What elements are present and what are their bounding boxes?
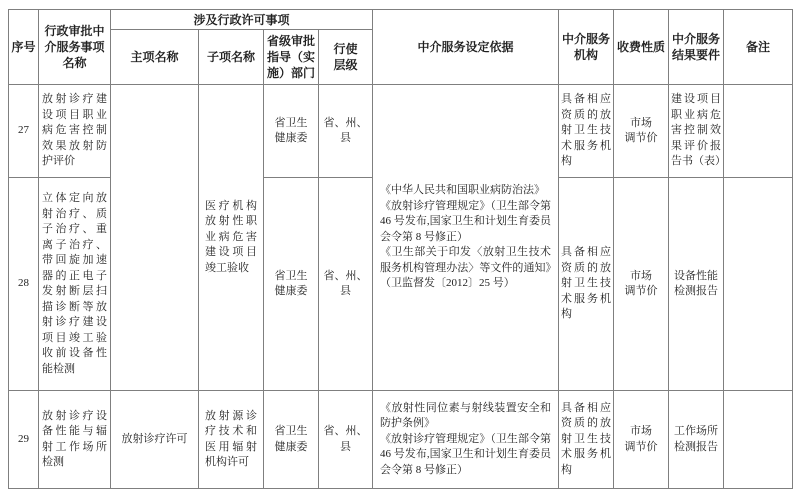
row28-service-agency: 具备相应资质的放射卫生技术服务机构 (559, 178, 614, 391)
row29-service-item-name: 放射诊疗设备性能与辐射工作场所检测 (39, 391, 111, 489)
row27-result-requirements: 建设项目职业病危害控制效果评价报告书（表） (669, 85, 724, 178)
column-header-exercise-level: 行使 层级 (319, 30, 373, 85)
row29-exercise-level: 省、州、 县 (319, 391, 373, 489)
row27-service-item-name: 放射诊疗建设项目职业病危害控制效果放射防护评价 (39, 85, 111, 178)
approval-intermediary-services-table: 序号 行政审批中介服务事项名称 涉及行政许可事项 中介服务设定依据 中介服务 机… (8, 9, 793, 489)
rows27-28-main-item (111, 85, 199, 391)
column-header-remarks: 备注 (724, 10, 793, 85)
row29-approval-dept: 省卫生 健康委 (264, 391, 319, 489)
row28-remarks (724, 178, 793, 391)
column-header-fee-nature: 收费性质 (614, 10, 669, 85)
row27-exercise-level: 省、州、 县 (319, 85, 373, 178)
row29-main-item: 放射诊疗许可 (111, 391, 199, 489)
header-row-group: 序号 行政审批中介服务事项名称 涉及行政许可事项 中介服务设定依据 中介服务 机… (9, 10, 793, 30)
row29-result-requirements: 工作场所 检测报告 (669, 391, 724, 489)
basis-law-item: 《放射诊疗管理规定》（卫生部令第 46 号发布,国家卫生和计划生育委员会令第 8… (380, 199, 551, 246)
row29-remarks (724, 391, 793, 489)
table-row-27: 27 放射诊疗建设项目职业病危害控制效果放射防护评价 医疗机构放射性职业病危害建… (9, 85, 793, 178)
basis-law-item: 《放射诊疗管理规定》（卫生部令第 46 号发布,国家卫生和计划生育委员会令第 8… (380, 432, 551, 479)
column-group-licensing-items: 涉及行政许可事项 (111, 10, 373, 30)
column-header-service-agency: 中介服务 机构 (559, 10, 614, 85)
column-header-setting-basis: 中介服务设定依据 (373, 10, 559, 85)
row29-service-agency: 具备相应资质的放射卫生技术服务机构 (559, 391, 614, 489)
rows27-28-setting-basis: 《中华人民共和国职业病防治法》 《放射诊疗管理规定》（卫生部令第 46 号发布,… (373, 85, 559, 391)
row29-setting-basis: 《放射性同位素与射线装置安全和防护条例》 《放射诊疗管理规定》（卫生部令第 46… (373, 391, 559, 489)
table-row-29: 29 放射诊疗设备性能与辐射工作场所检测 放射诊疗许可 放射源诊疗技术和医用辐射… (9, 391, 793, 489)
row28-serial: 28 (9, 178, 39, 391)
row28-result-requirements: 设备性能 检测报告 (669, 178, 724, 391)
row27-fee-nature: 市场 调节价 (614, 85, 669, 178)
row29-fee-nature: 市场 调节价 (614, 391, 669, 489)
rows27-28-sub-item: 医疗机构放射性职业病危害建设项目竣工验收 (199, 85, 264, 391)
row28-approval-dept: 省卫生 健康委 (264, 178, 319, 391)
column-header-approval-dept: 省级审批指导（实施）部门 (264, 30, 319, 85)
basis-law-item: 《放射性同位素与射线装置安全和防护条例》 (380, 401, 551, 432)
row28-exercise-level: 省、州、 县 (319, 178, 373, 391)
column-header-service-item-name: 行政审批中介服务事项名称 (39, 10, 111, 85)
row27-approval-dept: 省卫生 健康委 (264, 85, 319, 178)
row28-service-item-name: 立体定向放射治疗、质子治疗、重离子治疗、带回旋加速器的正电子发射断层扫描诊断等放… (39, 178, 111, 391)
column-header-sub-item: 子项名称 (199, 30, 264, 85)
basis-law-item: 《中华人民共和国职业病防治法》 (380, 183, 551, 199)
column-header-result-requirements: 中介服务 结果要件 (669, 10, 724, 85)
basis-law-item: 《卫生部关于印发〈放射卫生技术服务机构管理办法〉等文件的通知》（卫监督发〔201… (380, 245, 551, 292)
row29-serial: 29 (9, 391, 39, 489)
row29-sub-item: 放射源诊疗技术和医用辐射机构许可 (199, 391, 264, 489)
column-header-main-item: 主项名称 (111, 30, 199, 85)
row27-remarks (724, 85, 793, 178)
row27-serial: 27 (9, 85, 39, 178)
row27-service-agency: 具备相应资质的放射卫生技术服务机构 (559, 85, 614, 178)
column-header-serial: 序号 (9, 10, 39, 85)
row28-fee-nature: 市场 调节价 (614, 178, 669, 391)
